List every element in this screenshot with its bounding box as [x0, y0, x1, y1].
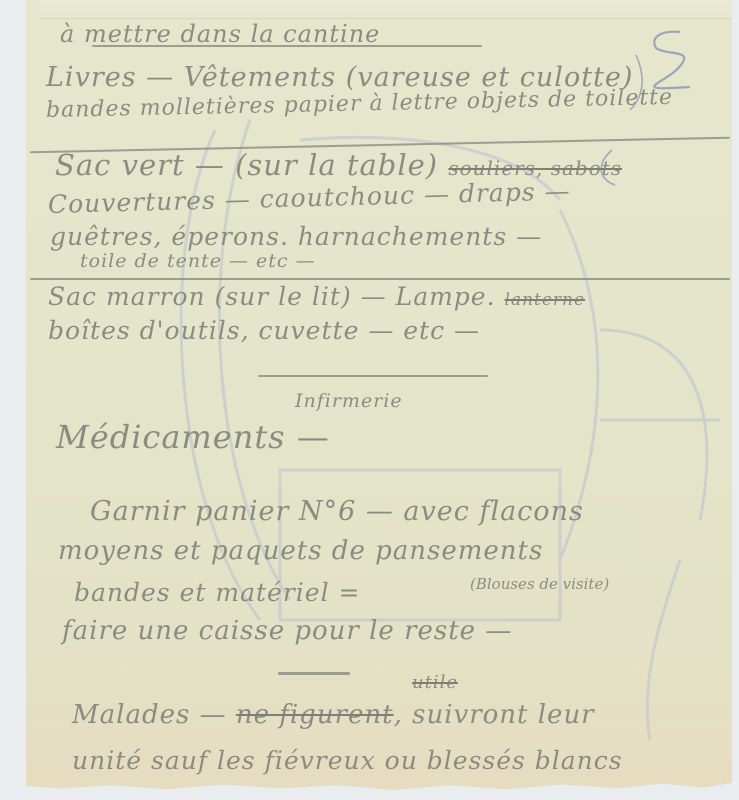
section4-title: Médicaments — — [56, 418, 330, 456]
struck-text: lanterne — [505, 290, 586, 310]
section4-line1: Garnir panier N°6 — avec flacons — [90, 496, 584, 527]
section3-line2: boîtes d'outils, cuvette — etc — — [48, 316, 480, 345]
section4-line4: faire une caisse pour le reste — — [62, 616, 512, 646]
struck-insert: utile — [412, 672, 458, 693]
section5-line1: Malades — ne figurent, suivront leur — [72, 700, 595, 730]
divider-2 — [30, 278, 730, 280]
section4-line2: moyens et paquets de pansements — [58, 536, 543, 566]
suivront-text: , suivront leur — [394, 700, 595, 730]
struck-text: ne figurent — [236, 700, 394, 730]
heading: à mettre dans la cantine — [60, 20, 380, 48]
infirmerie-label: Infirmerie — [295, 390, 403, 412]
heading-underline — [92, 45, 482, 47]
sac-marron-label: Sac marron (sur le lit) — Lampe. — [48, 282, 496, 311]
materiel-text: bandes et matériel = — [74, 578, 360, 607]
section2-line4: toile de tente — etc — — [80, 250, 316, 272]
scanned-page: à mettre dans la cantine Livres — Vêteme… — [0, 0, 739, 800]
section5-line2: unité sauf les fiévreux ou blessés blanc… — [72, 746, 623, 775]
divider-3 — [258, 375, 488, 377]
divider-4 — [278, 672, 350, 675]
section3-line1: Sac marron (sur le lit) — Lampe. lantern… — [48, 282, 585, 311]
tape-strip — [40, 0, 732, 19]
malades-label: Malades — — [72, 700, 227, 730]
section2-line3: guêtres, éperons. harnachements — — [50, 222, 542, 251]
blouses-note: (Blouses de visite) — [470, 575, 609, 593]
sac-vert-label: Sac vert — (sur la table) — [55, 148, 438, 182]
section4-line3: bandes et matériel = — [74, 578, 360, 607]
